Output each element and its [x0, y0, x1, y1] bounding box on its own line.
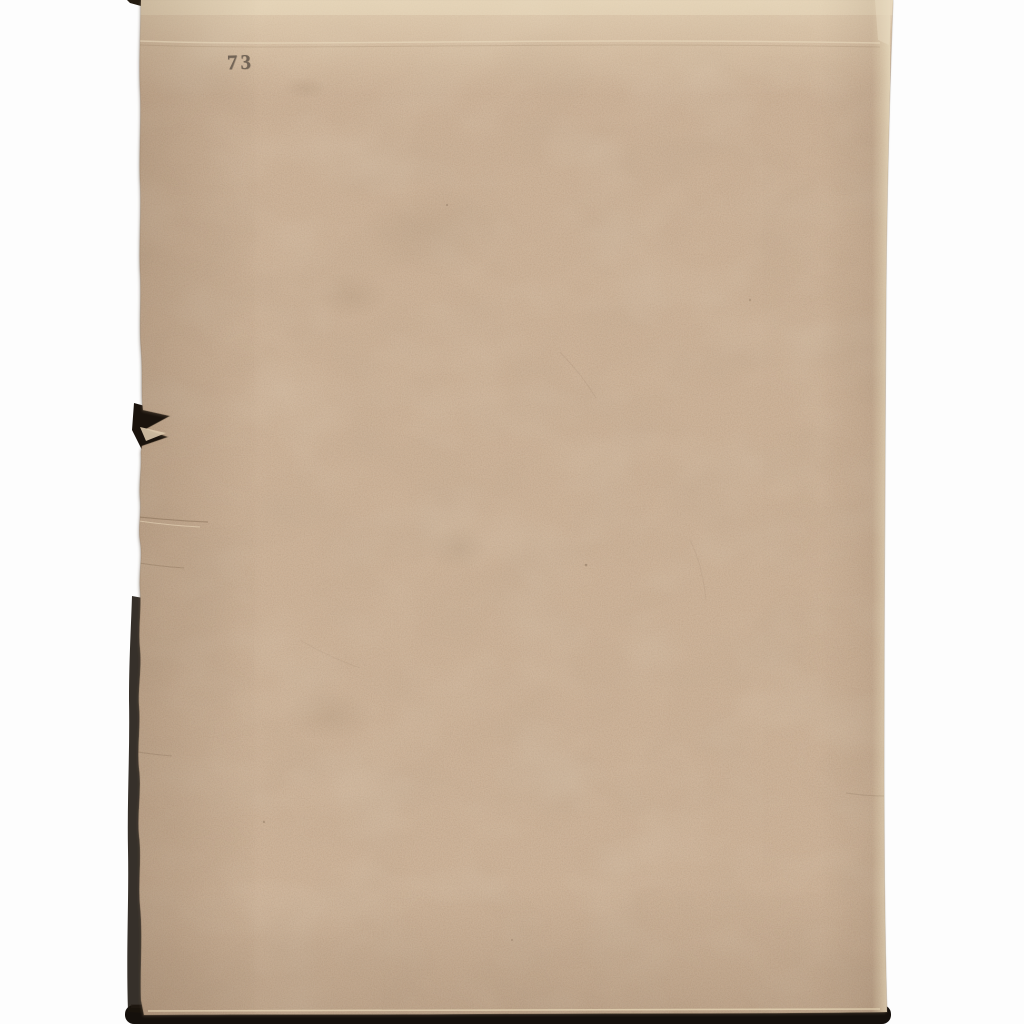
- page-number-stamp: 73: [227, 50, 255, 76]
- speck: [749, 299, 751, 301]
- stain-blob: [283, 77, 327, 99]
- speck: [585, 564, 588, 567]
- stain-blob: [284, 690, 376, 742]
- left-edge-shade: [130, 0, 260, 1024]
- book-page-scan: [0, 0, 1024, 1024]
- bottom-edge-shade: [130, 890, 896, 1024]
- stain-blob: [316, 272, 388, 320]
- speck: [511, 939, 513, 941]
- stain-blob: [428, 526, 488, 570]
- stain-blob: [362, 187, 502, 277]
- speck: [263, 821, 265, 823]
- speck: [446, 204, 448, 206]
- scan-canvas: 73: [0, 0, 1024, 1024]
